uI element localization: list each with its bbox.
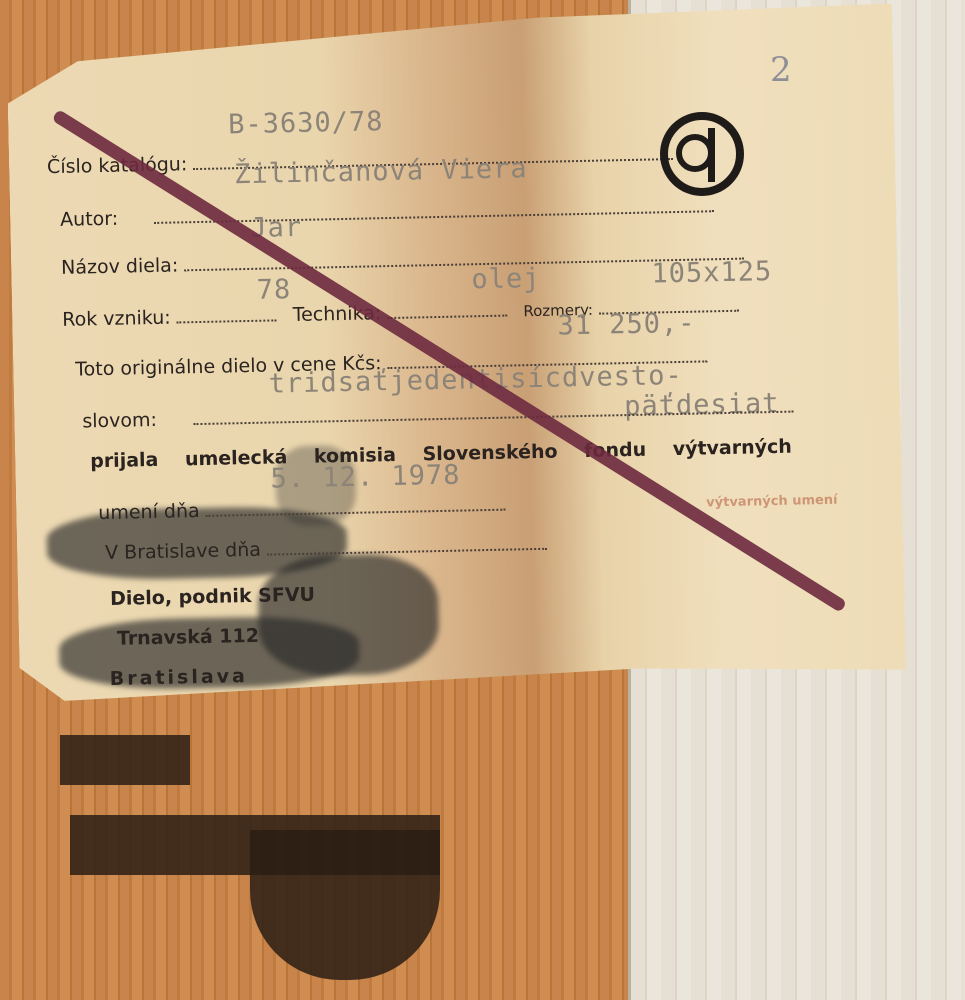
- title-label: Názov diela:: [61, 254, 179, 278]
- faded-stamp-text: výtvarných umení: [706, 493, 838, 511]
- dimensions-value: 105x125: [651, 256, 772, 290]
- author-field: Autor:: [60, 195, 714, 231]
- price-value: 31 250,-: [557, 308, 696, 342]
- ink-mark-top: [60, 735, 190, 785]
- year-label: Rok vzniku:: [62, 307, 171, 331]
- issuer-street: Trnavská 112: [117, 625, 259, 650]
- issuer-city: Bratislava: [110, 665, 249, 690]
- pencil-number-mark: 2: [770, 50, 792, 90]
- year-value: 78: [256, 274, 291, 306]
- technique-value: olej: [471, 263, 541, 295]
- issuer-name: Dielo, podnik SFVU: [110, 584, 315, 610]
- catalog-label-paper: B-3630/78 Číslo katalógu: Žilinčanová Vi…: [6, 3, 906, 701]
- approval-date-field: umení dňa: [98, 494, 506, 525]
- approval-date-value: 5. 12. 1978: [270, 460, 460, 495]
- catalog-number-value: B-3630/78: [228, 106, 384, 140]
- title-field: Názov diela:: [61, 243, 744, 279]
- place-date-label: V Bratislave dňa: [105, 539, 261, 564]
- sfvu-logo-icon: [660, 112, 744, 196]
- author-label: Autor:: [60, 208, 118, 231]
- price-words-field: slovom:: [82, 396, 793, 433]
- author-value: Žilinčanová Viera: [234, 153, 528, 190]
- approval-date-label: umení dňa: [98, 500, 200, 524]
- price-words-label: slovom:: [82, 409, 157, 433]
